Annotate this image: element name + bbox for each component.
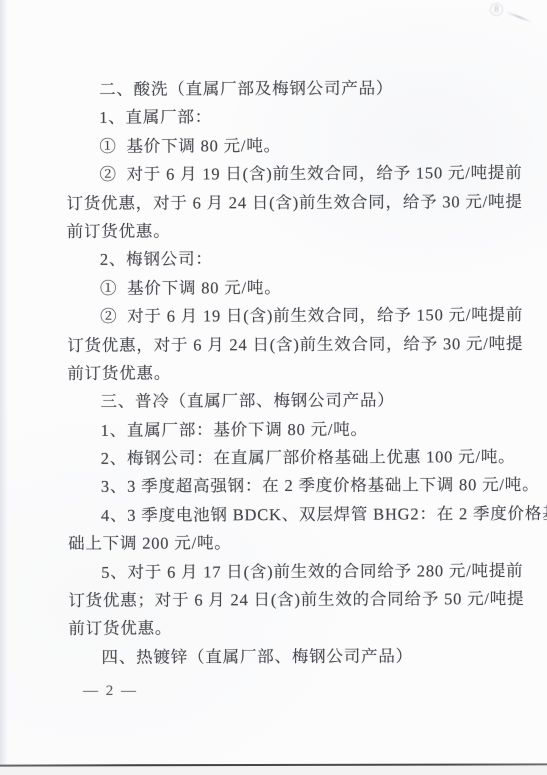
text-line-section-2-heading: 二、酸洗（直属厂部及梅钢公司产品） xyxy=(66,74,506,104)
text-line: 5、对于 6 月 17 日(含)前生效的合同给予 280 元/吨提前 xyxy=(68,557,508,587)
pencil-mark: 8 xyxy=(490,3,503,16)
scan-smudge xyxy=(506,11,533,23)
page-number: — 2 — xyxy=(83,683,138,700)
text-line-section-4-heading: 四、热镀锌（直属厂部、梅钢公司产品） xyxy=(68,642,508,672)
text-line: 2、梅钢公司：在直属厂部价格基础上优惠 100 元/吨。 xyxy=(68,443,508,473)
text-line: 订货优惠；对于 6 月 24 日(含)前生效的合同给予 50 元/吨提 xyxy=(68,585,508,615)
text-line: 前订货优惠。 xyxy=(67,216,507,246)
text-line: 1、直属厂部：基价下调 80 元/吨。 xyxy=(67,415,507,445)
scanned-document-page: 8 二、酸洗（直属厂部及梅钢公司产品） 1、直属厂部： ① 基价下调 80 元/… xyxy=(0,0,547,775)
text-line: 订货优惠，对于 6 月 24 日(含)前生效合同，给予 30 元/吨提 xyxy=(67,330,507,360)
text-line: ① 基价下调 80 元/吨。 xyxy=(66,131,506,161)
text-line: 1、直属厂部： xyxy=(66,102,506,132)
text-line: ② 对于 6 月 19 日(含)前生效合同，给予 150 元/吨提前 xyxy=(67,301,507,331)
text-line: 前订货优惠。 xyxy=(68,613,508,643)
text-line: ② 对于 6 月 19 日(含)前生效合同，给予 150 元/吨提前 xyxy=(66,159,506,189)
document-body: 二、酸洗（直属厂部及梅钢公司产品） 1、直属厂部： ① 基价下调 80 元/吨。… xyxy=(66,74,509,672)
text-line: 3、3 季度超高强钢：在 2 季度价格基础上下调 80 元/吨。 xyxy=(68,472,508,502)
scan-background-below-page xyxy=(0,766,547,775)
text-line: 2、梅钢公司： xyxy=(67,244,507,274)
text-line: 4、3 季度电池钢 BDCK、双层焊管 BHG2：在 2 季度价格基 xyxy=(68,500,508,530)
text-line: 前订货优惠。 xyxy=(67,358,507,388)
text-line: 订货优惠，对于 6 月 24 日(含)前生效合同，给予 30 元/吨提 xyxy=(66,188,506,218)
text-line-section-3-heading: 三、普冷（直属厂部、梅钢公司产品） xyxy=(67,386,507,416)
scan-edge-shadow xyxy=(0,0,8,775)
text-line: ① 基价下调 80 元/吨。 xyxy=(67,273,507,303)
text-line: 础上下调 200 元/吨。 xyxy=(68,528,508,558)
